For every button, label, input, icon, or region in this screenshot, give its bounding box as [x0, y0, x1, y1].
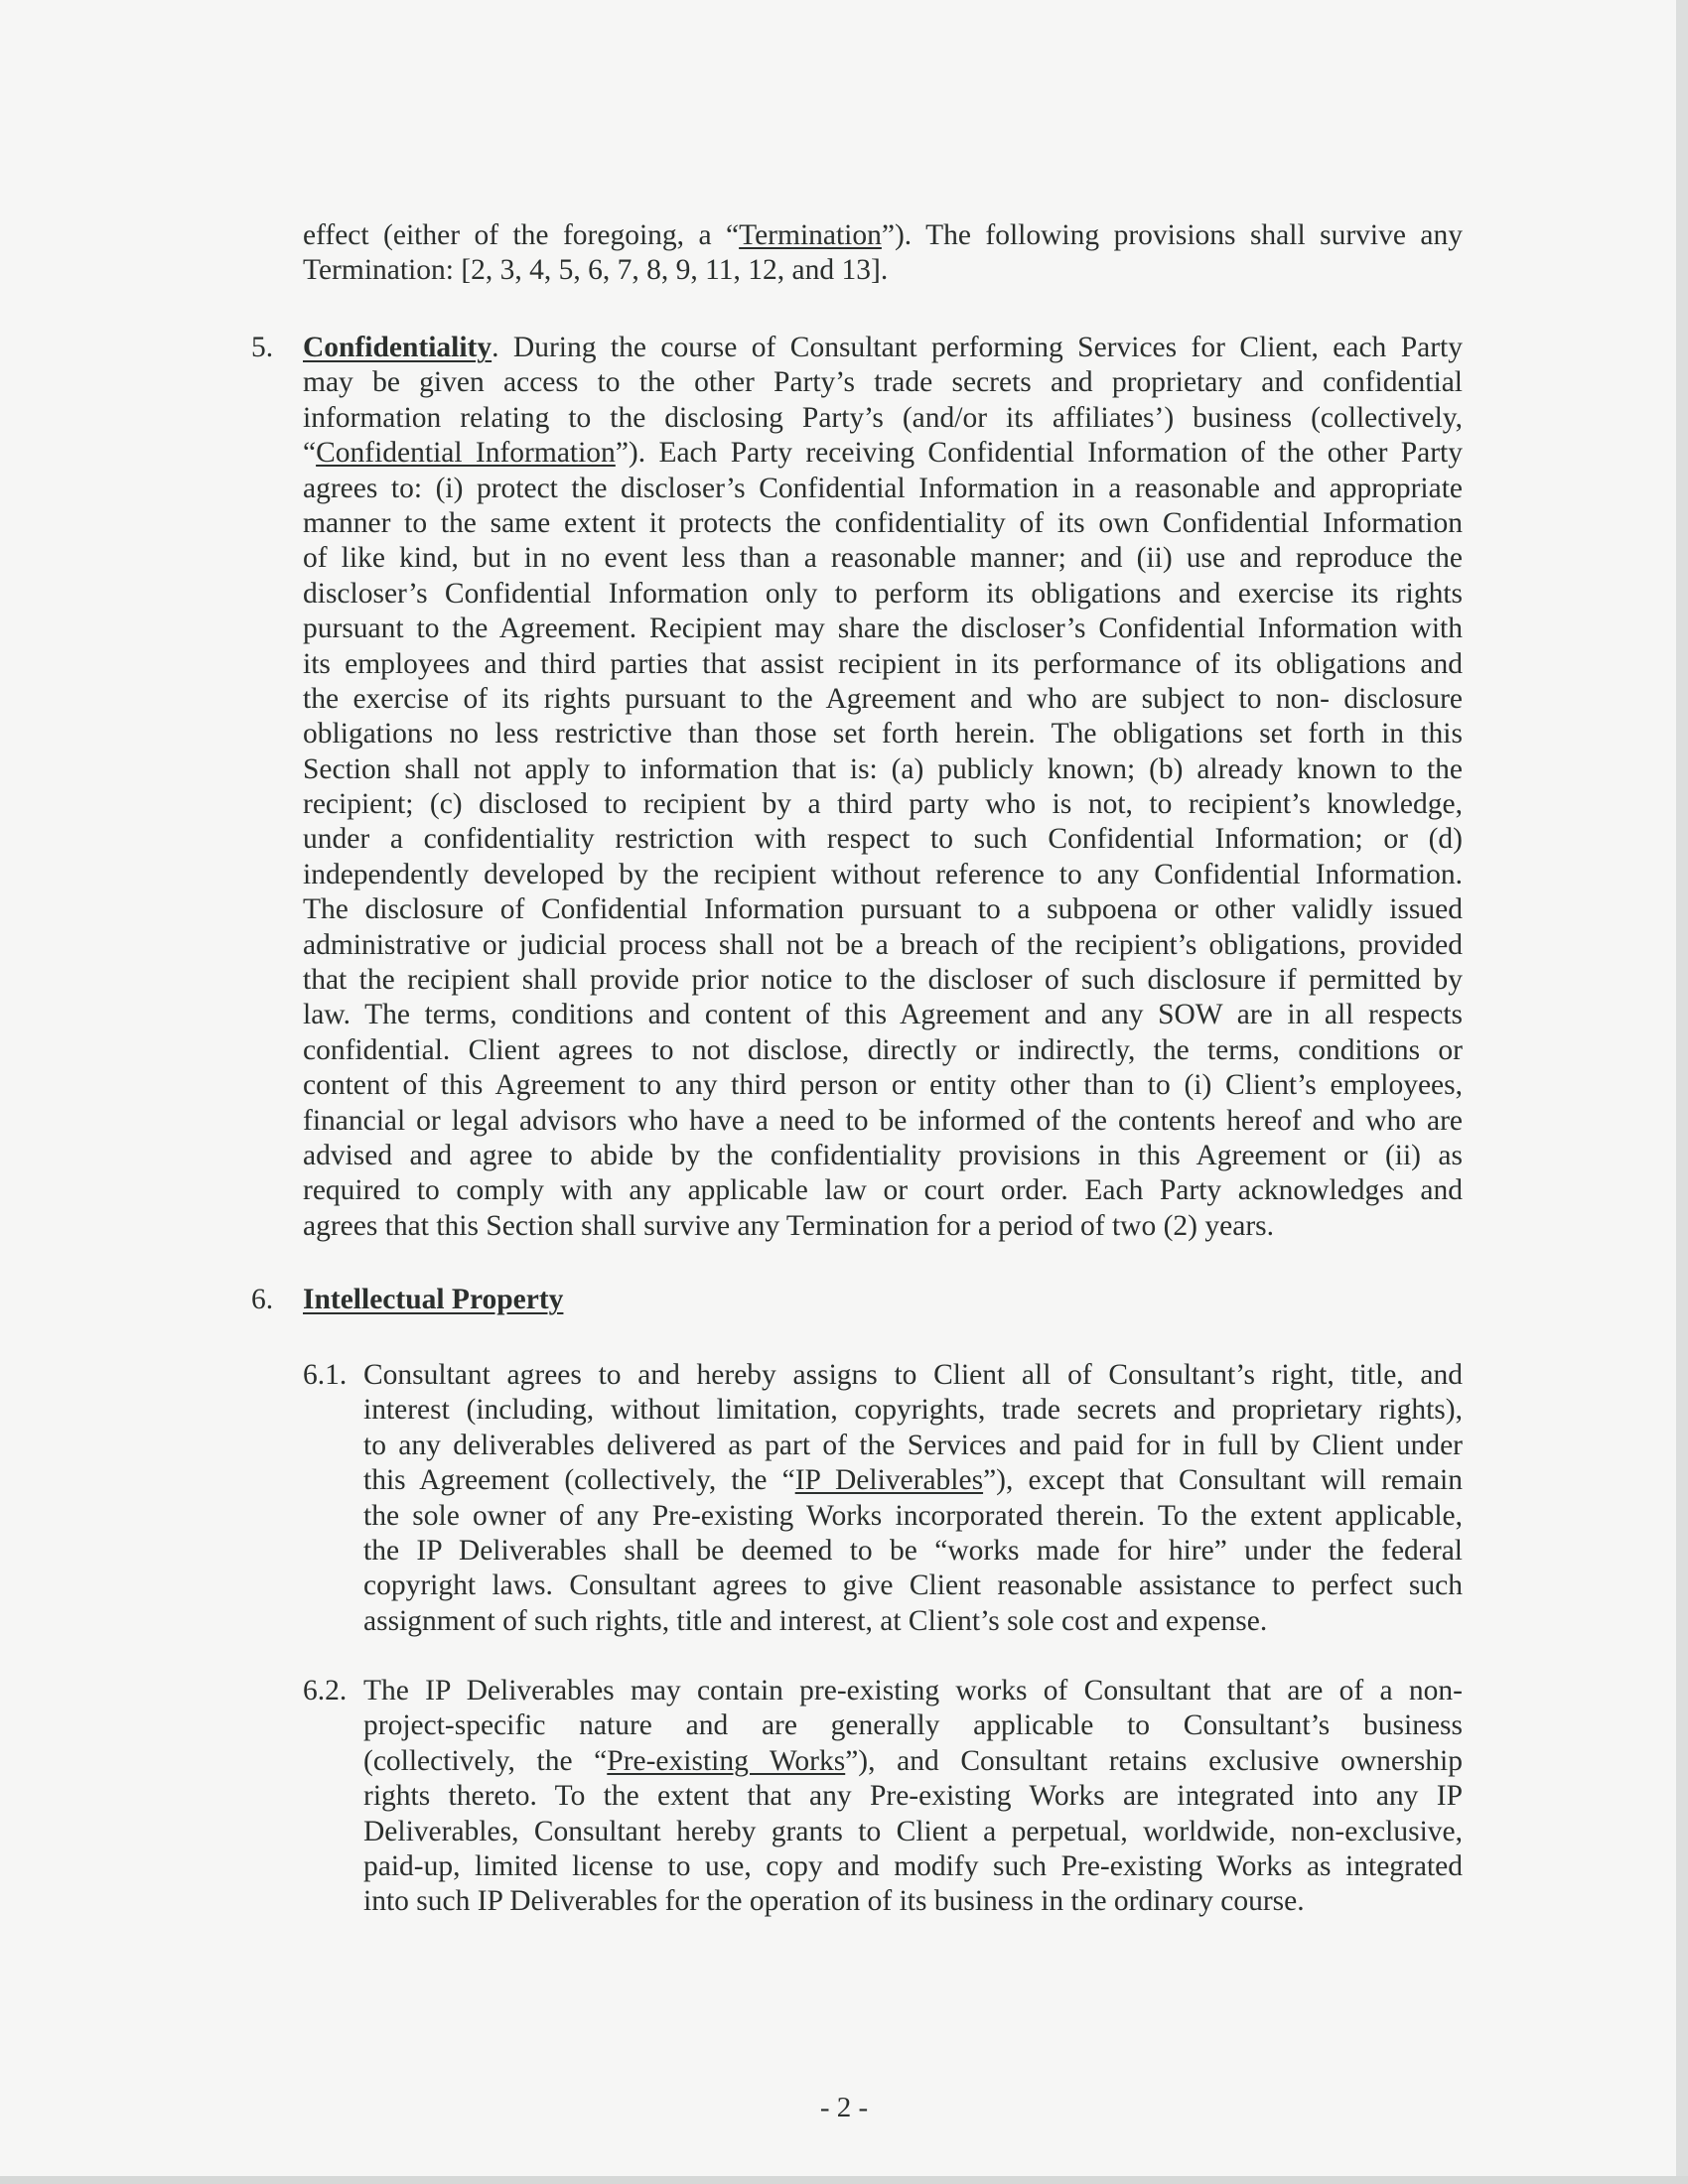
text-line: law. The terms, conditions and content o…: [303, 998, 1463, 1032]
text-line: administrative or judicial process shall…: [303, 928, 1463, 963]
text-line: interest (including, without limitation,…: [363, 1393, 1463, 1428]
text-line: to any deliverables delivered as part of…: [363, 1429, 1463, 1463]
text-line: financial or legal advisors who have a n…: [303, 1104, 1463, 1139]
text-run: into such IP Deliverables for the operat…: [363, 1885, 1305, 1917]
text-run: manner to the same extent it protects th…: [303, 507, 1463, 539]
text-line: The IP Deliverables may contain pre-exis…: [363, 1674, 1463, 1708]
section-5-confidentiality: Confidentiality. During the course of Co…: [303, 331, 1463, 1244]
text-line: advised and agree to abide by the confid…: [303, 1139, 1463, 1173]
section-6-heading: Intellectual Property: [303, 1284, 563, 1315]
text-run: Termination: [2, 3, 4, 5, 6, 7, 8, 9, 11…: [303, 254, 888, 286]
text-line: obligations no less restrictive than tho…: [303, 717, 1463, 751]
text-run: the sole owner of any Pre-existing Works…: [363, 1500, 1463, 1532]
text-run: obligations no less restrictive than tho…: [303, 718, 1463, 750]
subsection-6-1-number: 6.1.: [303, 1358, 347, 1393]
text-run: Deliverables, Consultant hereby grants t…: [363, 1816, 1463, 1847]
text-line: independently developed by the recipient…: [303, 858, 1463, 892]
subsection-6-2-number: 6.2.: [303, 1674, 347, 1708]
text-run: confidential. Client agrees to not discl…: [303, 1034, 1463, 1066]
text-line: copyright laws. Consultant agrees to giv…: [363, 1569, 1463, 1603]
text-run: ”). The following provisions shall survi…: [882, 219, 1463, 251]
text-run: “: [303, 437, 316, 469]
defined-term: Pre-existing Works: [607, 1745, 845, 1777]
text-run: the exercise of its rights pursuant to t…: [303, 683, 1463, 715]
text-run: discloser’s Confidential Information onl…: [303, 578, 1463, 610]
text-line: rights thereto. To the extent that any P…: [363, 1779, 1463, 1814]
text-run: ”), and Consultant retains exclusive own…: [845, 1745, 1463, 1777]
text-run: administrative or judicial process shall…: [303, 929, 1463, 961]
text-line: required to comply with any applicable l…: [303, 1173, 1463, 1208]
text-run: this Agreement (collectively, the “: [363, 1464, 795, 1496]
text-line: content of this Agreement to any third p…: [303, 1068, 1463, 1103]
text-run: recipient; (c) disclosed to recipient by…: [303, 788, 1463, 820]
defined-term: IP Deliverables: [795, 1464, 983, 1496]
text-line: manner to the same extent it protects th…: [303, 506, 1463, 541]
text-run: its employees and third parties that ass…: [303, 648, 1463, 680]
text-line: of like kind, but in no event less than …: [303, 541, 1463, 576]
text-run: independently developed by the recipient…: [303, 859, 1463, 890]
text-line: agrees to: (i) protect the discloser’s C…: [303, 472, 1463, 506]
text-line: The disclosure of Confidential Informati…: [303, 892, 1463, 927]
text-run: may be given access to the other Party’s…: [303, 366, 1463, 398]
text-run: law. The terms, conditions and content o…: [303, 999, 1463, 1030]
text-run: information relating to the disclosing P…: [303, 402, 1463, 434]
text-line: the exercise of its rights pursuant to t…: [303, 682, 1463, 717]
text-line: agrees that this Section shall survive a…: [303, 1209, 1463, 1244]
text-line: under a confidentiality restriction with…: [303, 822, 1463, 857]
section-5-heading-suffix: . During the course of Consultant perfor…: [492, 332, 1463, 363]
text-run: agrees that this Section shall survive a…: [303, 1210, 1274, 1242]
text-line: Deliverables, Consultant hereby grants t…: [363, 1815, 1463, 1849]
text-run: that the recipient shall provide prior n…: [303, 964, 1463, 996]
text-run: Section shall not apply to information t…: [303, 753, 1463, 785]
text-line: Consultant agrees to and hereby assigns …: [363, 1358, 1463, 1393]
text-run: project-specific nature and are generall…: [363, 1709, 1463, 1741]
text-line: discloser’s Confidential Information onl…: [303, 577, 1463, 612]
text-run: rights thereto. To the extent that any P…: [363, 1780, 1463, 1812]
text-line: may be given access to the other Party’s…: [303, 365, 1463, 400]
section-6-number: 6.: [251, 1283, 273, 1317]
text-run: (collectively, the “: [363, 1745, 607, 1777]
section-6-heading-block: Intellectual Property: [303, 1283, 563, 1317]
text-line: assignment of such rights, title and int…: [363, 1604, 1463, 1639]
section-5-number: 5.: [251, 331, 273, 365]
text-run: interest (including, without limitation,…: [363, 1394, 1463, 1426]
text-run: of like kind, but in no event less than …: [303, 542, 1463, 574]
text-run: effect (either of the foregoing, a “: [303, 219, 739, 251]
text-line: that the recipient shall provide prior n…: [303, 963, 1463, 998]
subsection-6-1: Consultant agrees to and hereby assigns …: [363, 1358, 1463, 1639]
text-run: agrees to: (i) protect the discloser’s C…: [303, 473, 1463, 504]
page-number: - 2 -: [0, 2092, 1688, 2124]
defined-term: Confidential Information: [316, 437, 616, 469]
text-line: Termination: [2, 3, 4, 5, 6, 7, 8, 9, 11…: [303, 253, 1463, 288]
text-line: project-specific nature and are generall…: [363, 1708, 1463, 1743]
subsection-6-2: The IP Deliverables may contain pre-exis…: [363, 1674, 1463, 1920]
text-run: copyright laws. Consultant agrees to giv…: [363, 1570, 1463, 1601]
text-run: content of this Agreement to any third p…: [303, 1069, 1463, 1101]
page-edge-bottom: [0, 2176, 1688, 2184]
text-run: assignment of such rights, title and int…: [363, 1605, 1267, 1637]
text-run: advised and agree to abide by the confid…: [303, 1140, 1463, 1171]
text-line: paid-up, limited license to use, copy an…: [363, 1849, 1463, 1884]
text-line: its employees and third parties that ass…: [303, 647, 1463, 682]
text-line: recipient; (c) disclosed to recipient by…: [303, 787, 1463, 822]
section-5-heading-line: Confidentiality. During the course of Co…: [303, 331, 1463, 365]
text-line: the IP Deliverables shall be deemed to b…: [363, 1534, 1463, 1569]
text-line: into such IP Deliverables for the operat…: [363, 1884, 1463, 1919]
text-run: paid-up, limited license to use, copy an…: [363, 1850, 1463, 1882]
page-edge-right: [1676, 0, 1688, 2184]
text-line: pursuant to the Agreement. Recipient may…: [303, 612, 1463, 646]
text-line: Section shall not apply to information t…: [303, 752, 1463, 787]
text-run: The IP Deliverables may contain pre-exis…: [363, 1675, 1463, 1706]
carryover-paragraph: effect (either of the foregoing, a “Term…: [303, 218, 1463, 289]
text-line: confidential. Client agrees to not discl…: [303, 1033, 1463, 1068]
text-run: to any deliverables delivered as part of…: [363, 1430, 1463, 1461]
text-run: pursuant to the Agreement. Recipient may…: [303, 613, 1463, 644]
text-run: financial or legal advisors who have a n…: [303, 1105, 1463, 1137]
text-line: this Agreement (collectively, the “IP De…: [363, 1463, 1463, 1498]
text-line: the sole owner of any Pre-existing Works…: [363, 1499, 1463, 1534]
text-run: The disclosure of Confidential Informati…: [303, 893, 1463, 925]
text-run: ”), except that Consultant will remain: [983, 1464, 1463, 1496]
text-run: ”). Each Party receiving Confidential In…: [616, 437, 1463, 469]
text-run: under a confidentiality restriction with…: [303, 823, 1463, 855]
text-line: (collectively, the “Pre-existing Works”)…: [363, 1744, 1463, 1779]
section-5-heading: Confidentiality: [303, 332, 492, 363]
text-run: required to comply with any applicable l…: [303, 1174, 1463, 1206]
text-run: Consultant agrees to and hereby assigns …: [363, 1359, 1463, 1391]
text-line: effect (either of the foregoing, a “Term…: [303, 218, 1463, 253]
defined-term: Termination: [739, 219, 882, 251]
text-line: “Confidential Information”). Each Party …: [303, 436, 1463, 471]
text-run: the IP Deliverables shall be deemed to b…: [363, 1535, 1463, 1567]
text-line: information relating to the disclosing P…: [303, 401, 1463, 436]
